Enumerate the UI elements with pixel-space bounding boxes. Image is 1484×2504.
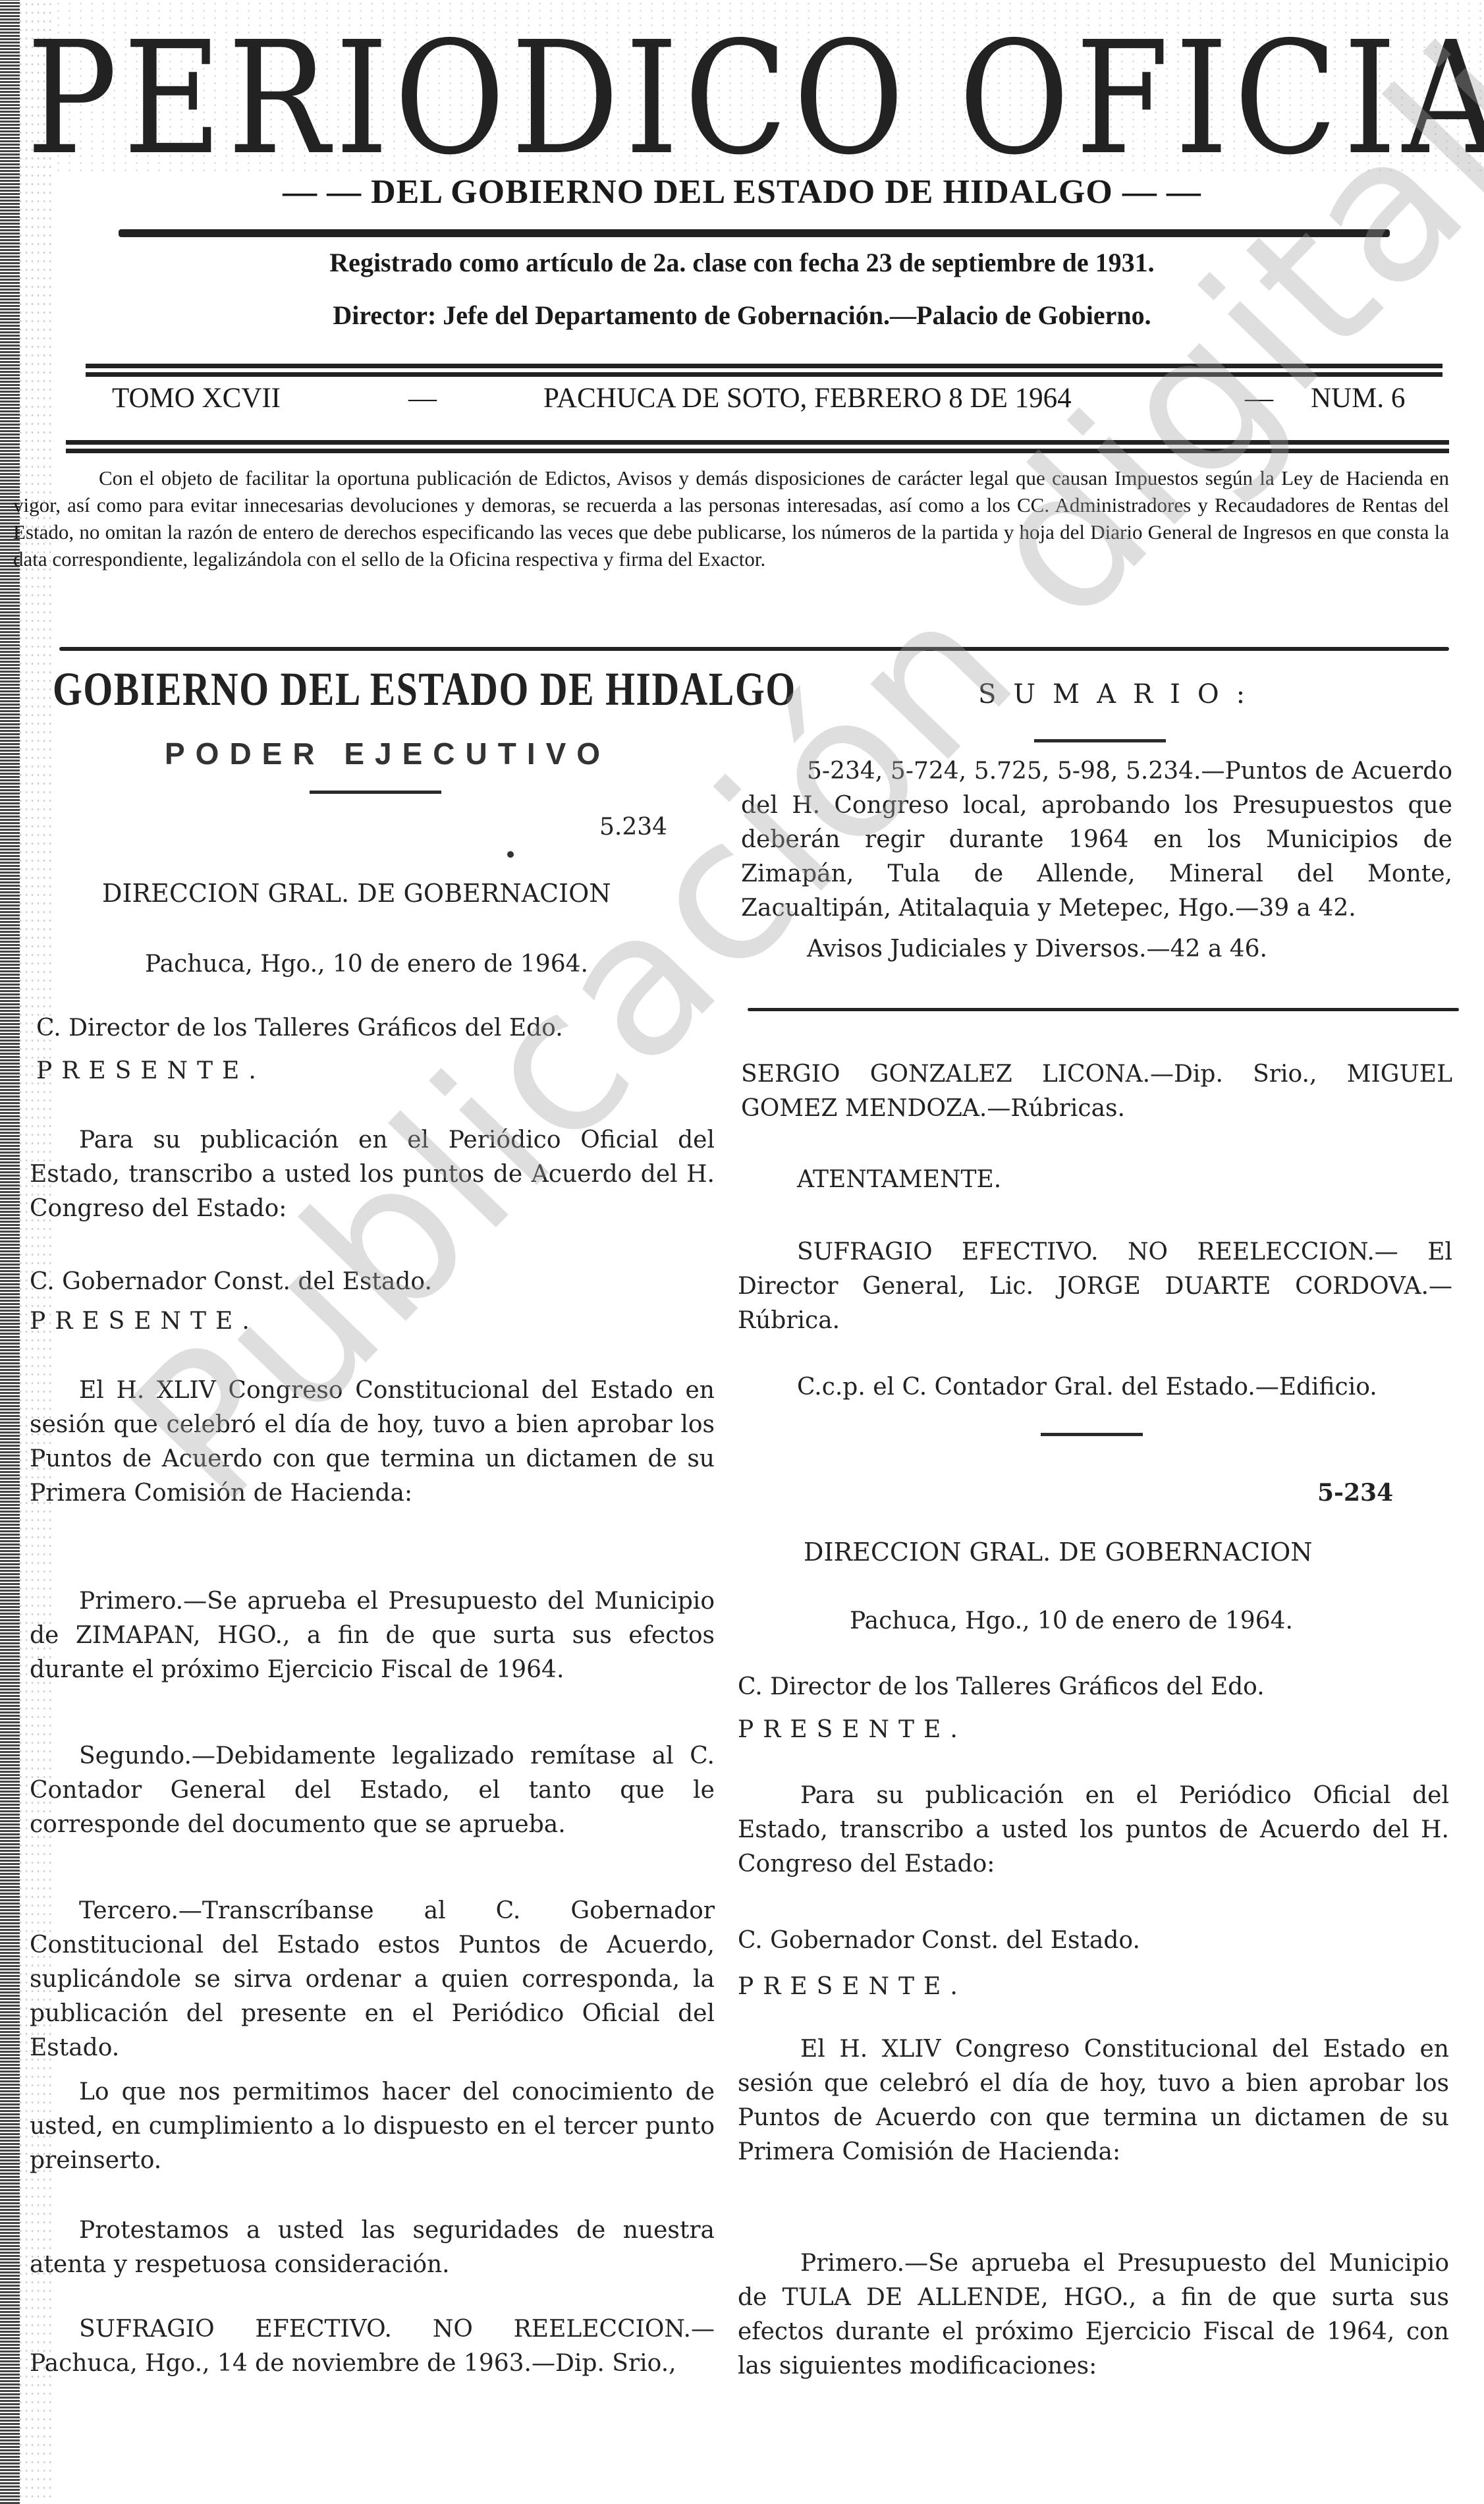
sufragio-paragraph: SUFRAGIO EFECTIVO. NO REELECCION.— Pachu…: [30, 2312, 715, 2381]
document-ref: 5-234: [1317, 1476, 1393, 1510]
short-rule: [1034, 739, 1166, 742]
issue-number: NUM. 6: [1311, 382, 1405, 414]
short-rule: [310, 791, 441, 794]
sufragio-paragraph: SUFRAGIO EFECTIVO. NO REELECCION.— El Di…: [738, 1235, 1452, 1338]
issue-info-row: TOMO XCVII — PACHUCA DE SOTO, FEBRERO 8 …: [112, 382, 1443, 422]
addressee: C. Director de los Talleres Gráficos del…: [36, 1011, 563, 1045]
copy-to: C.c.p. el C. Contador Gral. del Estado.—…: [797, 1370, 1377, 1405]
closing-paragraph: Lo que nos permitimos hacer del conocimi…: [30, 2075, 715, 2178]
director-line: Director: Jefe del Departamento de Gober…: [0, 300, 1484, 331]
letter-date: Pachuca, Hgo., 10 de enero de 1964.: [145, 947, 588, 982]
issue-separator: —: [408, 382, 437, 414]
issue-tomo: TOMO XCVII: [112, 382, 281, 414]
dependency-heading: DIRECCION GRAL. DE GOBERNACION: [102, 876, 611, 910]
congress-paragraph: El H. XLIV Congreso Constitucional del E…: [30, 1374, 715, 1511]
letter-date: Pachuca, Hgo., 10 de enero de 1964.: [850, 1604, 1293, 1638]
masthead-subtitle: — — DEL GOBIERNO DEL ESTADO DE HIDALGO —…: [0, 173, 1484, 211]
segundo-paragraph: Segundo.—Debidamente legalizado remítase…: [30, 1739, 715, 1842]
summary-item: Avisos Judiciales y Diversos.—42 a 46.: [807, 932, 1267, 966]
addressee: C. Director de los Talleres Gráficos del…: [738, 1670, 1265, 1704]
print-dot: [507, 851, 514, 858]
protest-paragraph: Protestamos a usted las seguridades de n…: [30, 2213, 715, 2282]
signers: SERGIO GONZALEZ LICONA.—Dip. Srio., MIGU…: [741, 1057, 1452, 1126]
registration-line: Registrado como artículo de 2a. clase co…: [0, 247, 1484, 278]
presente-label: PRESENTE.: [738, 1713, 967, 1747]
addressee-governor: C. Gobernador Const. del Estado.: [30, 1265, 432, 1299]
executive-heading: PODER EJECUTIVO: [165, 737, 611, 771]
legal-notice-text: Con el objeto de facilitar la oportuna p…: [13, 464, 1449, 572]
document-ref: 5.234: [599, 810, 667, 845]
dependency-heading: DIRECCION GRAL. DE GOBERNACION: [804, 1535, 1313, 1569]
intro-paragraph: Para su publicación en el Periódico Ofic…: [738, 1779, 1449, 1881]
presente-label: PRESENTE.: [738, 1970, 967, 2004]
divider-rule: [59, 647, 1449, 651]
primero-paragraph: Primero.—Se aprueba el Presupuesto del M…: [30, 1584, 715, 1687]
divider-rule: [748, 1008, 1459, 1011]
tercero-paragraph: Tercero.—Transcríbanse al C. Gobernador …: [30, 1894, 715, 2065]
summary-title: SUMARIO:: [978, 677, 1262, 711]
legal-notice: Con el objeto de facilitar la oportuna p…: [13, 464, 1449, 572]
short-rule: [1041, 1433, 1143, 1436]
government-title: GOBIERNO DEL ESTADO DE HIDALGO: [53, 672, 796, 706]
congress-paragraph: El H. XLIV Congreso Constitucional del E…: [738, 2032, 1449, 2169]
masthead-title: PERIODICO OFICIAL: [26, 20, 1287, 178]
presente-label: PRESENTE.: [36, 1054, 265, 1088]
issue-place-date: PACHUCA DE SOTO, FEBRERO 8 DE 1964: [543, 382, 1072, 414]
divider-rule: [119, 229, 1390, 237]
addressee-governor: C. Gobernador Const. del Estado.: [738, 1924, 1140, 1958]
issue-separator: —: [1245, 382, 1273, 414]
intro-paragraph: Para su publicación en el Periódico Ofic…: [30, 1123, 715, 1226]
scan-edge: [0, 0, 20, 2504]
divider-double-rule: [86, 364, 1443, 377]
divider-double-rule: [66, 440, 1449, 453]
atentamente-label: ATENTAMENTE.: [797, 1163, 1001, 1197]
newspaper-page: PERIODICO OFICIAL — — DEL GOBIERNO DEL E…: [0, 0, 1484, 2504]
primero-paragraph: Primero.—Se aprueba el Presupuesto del M…: [738, 2246, 1449, 2383]
presente-label: PRESENTE.: [30, 1304, 259, 1339]
summary-item: 5-234, 5-724, 5.725, 5-98, 5.234.—Puntos…: [741, 754, 1452, 926]
